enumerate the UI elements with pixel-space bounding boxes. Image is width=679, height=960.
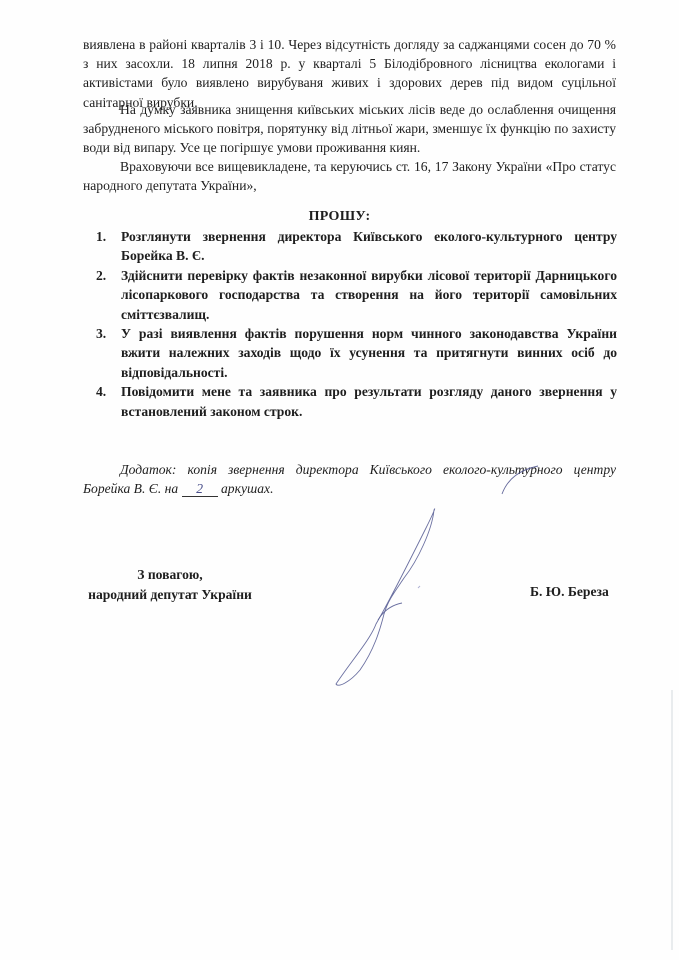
closing-block: З повагою, народний депутат України xyxy=(80,565,260,604)
signer-name: Б. Ю. Береза xyxy=(530,584,609,600)
request-item-1: 1. Розглянути звернення директора Київсь… xyxy=(99,227,617,266)
request-text: Повідомити мене та заявника про результа… xyxy=(121,384,617,418)
request-item-2: 2. Здійснити перевірку фактів незаконної… xyxy=(99,266,617,324)
request-text: Здійснити перевірку фактів незаконної ви… xyxy=(121,268,617,322)
request-item-4: 4. Повідомити мене та заявника про резул… xyxy=(99,382,617,421)
attachment-suffix: аркушах. xyxy=(218,481,274,496)
request-item-3: 3. У разі виявлення фактів порушення нор… xyxy=(99,324,617,382)
request-text: Розглянути звернення директора Київськог… xyxy=(121,229,617,263)
request-number: 1. xyxy=(96,227,106,246)
paragraph-text: Враховуючи все вищевикладене, та керуючи… xyxy=(83,157,616,195)
request-heading: ПРОШУ: xyxy=(0,209,679,225)
request-list: 1. Розглянути звернення директора Київсь… xyxy=(99,227,617,421)
closing-title: народний депутат України xyxy=(80,585,260,605)
request-text: У разі виявлення фактів порушення норм ч… xyxy=(121,326,617,380)
paragraph-text: На думку заявника знищення київських міс… xyxy=(83,100,616,158)
request-number: 4. xyxy=(96,382,106,401)
request-number: 2. xyxy=(96,266,106,285)
document-page: виявлена в районі кварталів 3 і 10. Чере… xyxy=(0,0,679,960)
closing-salutation: З повагою, xyxy=(80,565,260,585)
request-number: 3. xyxy=(96,324,106,343)
body-text-paragraph-3: Враховуючи все вищевикладене, та керуючи… xyxy=(83,157,616,195)
handwritten-page-count: 2 xyxy=(182,482,218,497)
body-text-paragraph-2: На думку заявника знищення київських міс… xyxy=(83,100,616,158)
page-edge-shadow xyxy=(671,690,673,950)
signature-icon xyxy=(300,490,550,690)
